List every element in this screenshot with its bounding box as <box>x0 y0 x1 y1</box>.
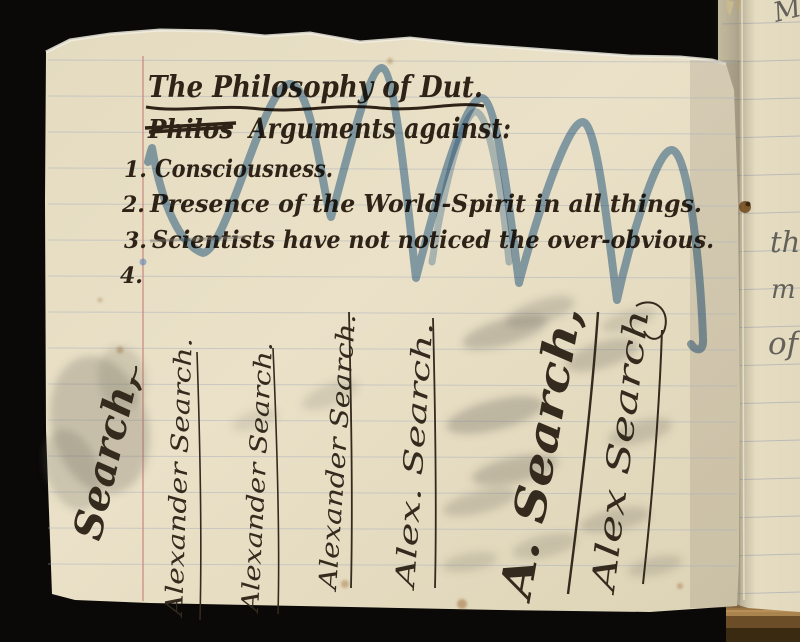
list-number-4: 4. <box>120 263 143 289</box>
list-number-2: 2. <box>121 192 145 218</box>
paper-hole-dark <box>746 202 751 207</box>
page-title: The Philosophy of Dut. <box>148 70 483 105</box>
fragment-line3: of <box>768 326 800 362</box>
list-number-3: 3. <box>124 228 147 254</box>
fragment-line1: th <box>770 225 800 259</box>
fragment-line2: m <box>771 275 796 305</box>
list-number-1: 1. <box>124 157 147 183</box>
notebook-photo: M th m of <box>0 0 800 642</box>
crayon-dot <box>140 259 147 266</box>
left-page: The Philosophy of Dut. Philos Arguments … <box>33 30 740 620</box>
gutter-side-shadow <box>690 60 740 608</box>
manuscript-scene: M th m of <box>0 0 800 642</box>
